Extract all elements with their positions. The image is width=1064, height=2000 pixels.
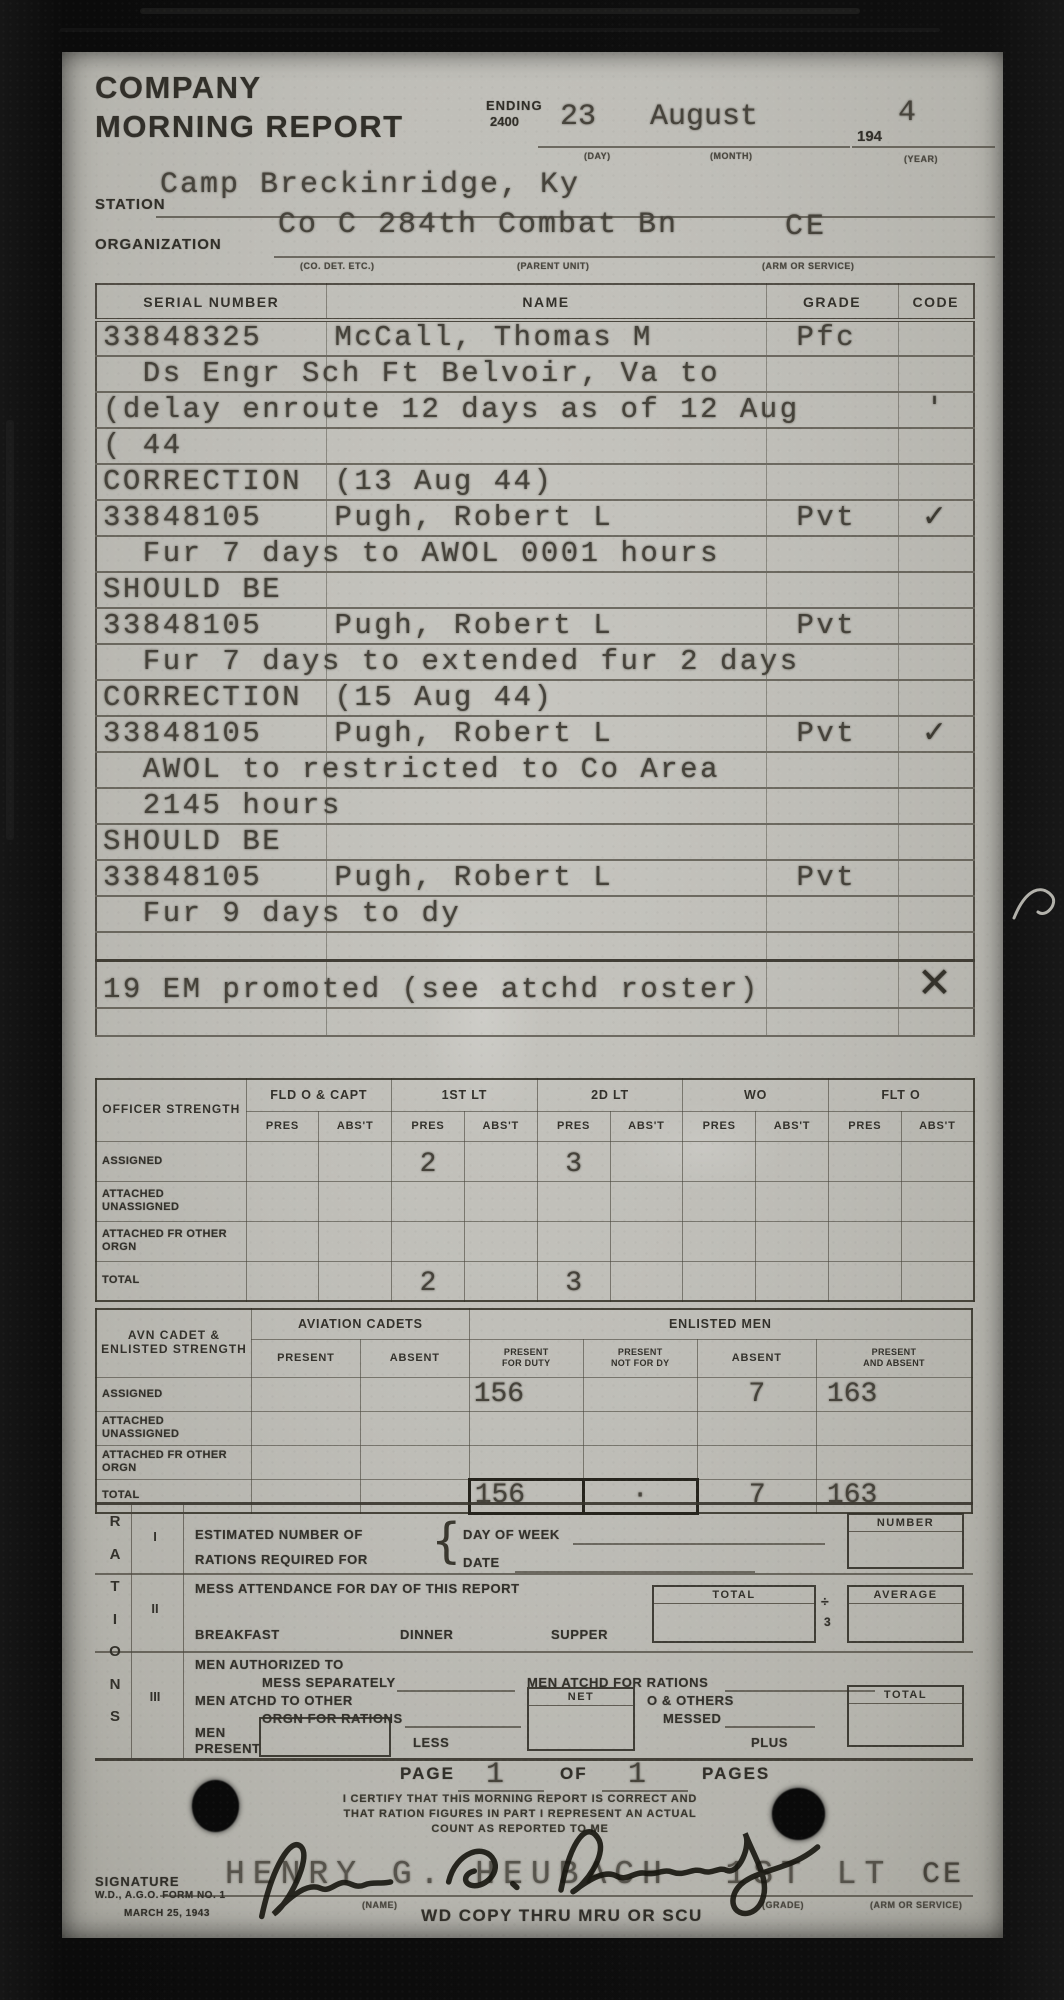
entry-serial: 33848105 xyxy=(96,608,326,644)
station-value: Camp Breckinridge, Ky xyxy=(160,170,580,200)
dinner-label: DINNER xyxy=(400,1627,453,1642)
entry-serial: CORRECTION xyxy=(96,464,326,500)
entry-serial: Fur 9 days to dy xyxy=(96,896,326,932)
rations-divider xyxy=(131,1505,132,1758)
row-label: ATTACHED UNASSIGNED xyxy=(96,1411,251,1445)
day-sublabel: (DAY) xyxy=(584,151,611,161)
row-label: ASSIGNED xyxy=(96,1141,246,1181)
entry-row: SHOULD BE xyxy=(96,824,974,860)
station-label: STATION xyxy=(95,196,166,213)
entry-name xyxy=(326,428,766,464)
entry-grade xyxy=(766,572,898,608)
entry-grade xyxy=(766,788,898,824)
col-name: NAME xyxy=(326,284,766,320)
entry-code-mark xyxy=(898,1008,974,1036)
entry-name: Pugh, Robert L xyxy=(326,500,766,536)
entry-grade: Pvt xyxy=(766,608,898,644)
others-messed-line2: MESSED xyxy=(663,1711,722,1726)
scanned-morning-report: COMPANY MORNING REPORT ENDING 2400 23 Au… xyxy=(0,0,1064,2000)
supper-label: SUPPER xyxy=(551,1627,608,1642)
pres-header: PRES xyxy=(828,1111,901,1141)
enlisted-strength-row: ASSIGNED 156 7 163 xyxy=(96,1377,972,1411)
mess-attendance-label: MESS ATTENDANCE FOR DAY OF THIS REPORT xyxy=(195,1581,520,1596)
abst-header: ABS'T xyxy=(464,1111,537,1141)
ending-label: ENDING xyxy=(486,98,543,113)
entry-name: Pugh, Robert L xyxy=(326,860,766,896)
rations-total-box: TOTAL xyxy=(847,1685,964,1747)
entry-grade xyxy=(766,932,898,960)
report-day-value: 23 xyxy=(560,102,596,132)
entry-row: 33848105 Pugh, Robert L Pvt ✓ xyxy=(96,716,974,752)
entry-code-mark xyxy=(898,932,974,960)
entry-row: CORRECTION (13 Aug 44) xyxy=(96,464,974,500)
entry-code-mark xyxy=(898,752,974,788)
year-typed-value: 4 xyxy=(898,98,916,128)
signature-label: SIGNATURE xyxy=(95,1874,180,1889)
row-label: ATTACHED UNASSIGNED xyxy=(96,1181,246,1221)
entry-serial: SHOULD BE xyxy=(96,572,326,608)
entry-grade xyxy=(766,356,898,392)
entry-name xyxy=(326,932,766,960)
entry-row: AWOL to restricted to Co Area xyxy=(96,752,974,788)
mess-separately-line xyxy=(397,1690,515,1692)
date-line xyxy=(515,1571,755,1573)
entry-grade xyxy=(766,464,898,500)
entry-row: Fur 7 days to extended fur 2 days xyxy=(96,644,974,680)
entry-grade xyxy=(766,824,898,860)
others-messed-line xyxy=(725,1726,815,1728)
arm-sublabel: (ARM OR SERVICE) xyxy=(870,1900,962,1910)
entry-serial xyxy=(96,932,326,960)
men-authorized-line2: MESS SEPARATELY xyxy=(262,1675,396,1690)
col-present-for-duty: PRESENTFOR DUTY xyxy=(469,1339,583,1377)
date-label: DATE xyxy=(463,1555,500,1570)
col-cadets-present: PRESENT xyxy=(251,1339,360,1377)
arm-service-sublabel: (ARM OR SERVICE) xyxy=(762,261,854,271)
officer-strength-table: OFFICER STRENGTH FLD O & CAPT 1ST LT 2D … xyxy=(95,1078,975,1302)
row-label: ATTACHED FR OTHER ORGN xyxy=(96,1445,251,1479)
entry-code-mark xyxy=(898,824,974,860)
entry-grade xyxy=(766,752,898,788)
rations-vertical-letter: I xyxy=(105,1611,125,1628)
entry-row xyxy=(96,1008,974,1036)
group-wo: WO xyxy=(683,1079,829,1111)
entry-code-mark: ' xyxy=(898,392,974,428)
col-present-not-for-duty: PRESENTNOT FOR DY xyxy=(583,1339,697,1377)
entry-code-mark xyxy=(898,572,974,608)
entry-row: 2145 hours xyxy=(96,788,974,824)
page-number: 1 xyxy=(486,1760,504,1790)
entry-row: (delay enroute 12 days as of 12 Aug ' xyxy=(96,392,974,428)
net-box: NET xyxy=(527,1687,635,1751)
entry-serial: 2145 hours xyxy=(96,788,326,824)
form-date: MARCH 25, 1943 xyxy=(124,1908,210,1919)
form-title-line2: MORNING REPORT xyxy=(95,109,404,145)
day-of-week-label: DAY OF WEEK xyxy=(463,1527,560,1542)
entry-grade: Pvt xyxy=(766,716,898,752)
entry-code-mark xyxy=(898,536,974,572)
rations-vertical-letter: A xyxy=(105,1546,125,1563)
estimated-rations-line2: RATIONS REQUIRED FOR xyxy=(195,1552,368,1567)
abst-header: ABS'T xyxy=(319,1111,392,1141)
entry-grade: Pfc xyxy=(766,320,898,356)
entry-serial: Ds Engr Sch Ft Belvoir, Va to xyxy=(96,356,326,392)
entries-header-row: SERIAL NUMBER NAME GRADE CODE xyxy=(96,284,974,320)
number-box: NUMBER xyxy=(847,1513,964,1569)
entry-row: Fur 9 days to dy xyxy=(96,896,974,932)
rations-vertical-letter: R xyxy=(105,1513,125,1530)
group-flt-o: FLT O xyxy=(828,1079,974,1111)
entry-name xyxy=(326,824,766,860)
entry-name: Pugh, Robert L xyxy=(326,716,766,752)
breakfast-label: BREAKFAST xyxy=(195,1627,280,1642)
entry-name: Pugh, Robert L xyxy=(326,608,766,644)
plus-label: PLUS xyxy=(751,1735,788,1750)
of-label: OF xyxy=(560,1764,588,1784)
entry-serial: (delay enroute 12 days as of 12 Aug xyxy=(96,392,326,428)
pres-header: PRES xyxy=(392,1111,465,1141)
entry-serial: CORRECTION xyxy=(96,680,326,716)
rations-vertical-letter: S xyxy=(105,1708,125,1725)
entry-code-mark xyxy=(898,356,974,392)
entries-table: SERIAL NUMBER NAME GRADE CODE 33848325 M… xyxy=(95,283,975,1037)
abst-header: ABS'T xyxy=(610,1111,683,1141)
rations-divider xyxy=(95,1651,973,1653)
entry-code-mark: ✓ xyxy=(898,500,974,536)
entry-code-mark xyxy=(898,680,974,716)
enlisted-strength-table: AVN CADET & ENLISTED STRENGTH AVIATION C… xyxy=(95,1308,973,1515)
signed-arm-service: CE xyxy=(922,1860,964,1890)
entry-serial: 33848105 xyxy=(96,500,326,536)
entry-serial: 33848325 xyxy=(96,320,326,356)
orgn-for-rations-line xyxy=(405,1726,521,1728)
entry-row: 33848325 McCall, Thomas M Pfc xyxy=(96,320,974,356)
entry-serial: AWOL to restricted to Co Area xyxy=(96,752,326,788)
parent-unit-sublabel: (PARENT UNIT) xyxy=(517,261,589,271)
brace: { xyxy=(431,1513,462,1569)
entry-code-mark: ✕ xyxy=(898,960,974,1008)
year-sublabel: (YEAR) xyxy=(904,154,938,164)
group-2d-lt: 2D LT xyxy=(537,1079,683,1111)
film-streak xyxy=(140,8,860,14)
entry-code-mark xyxy=(898,860,974,896)
enlisted-strength-row: ATTACHED FR OTHER ORGN xyxy=(96,1445,972,1479)
entry-code-mark: ✓ xyxy=(898,716,974,752)
officer-strength-row: ASSIGNED 2 3 xyxy=(96,1141,974,1181)
officer-strength-row: ATTACHED UNASSIGNED xyxy=(96,1181,974,1221)
pres-header: PRES xyxy=(537,1111,610,1141)
film-streak xyxy=(60,28,940,32)
entry-name: (13 Aug 44) xyxy=(326,464,766,500)
entry-serial: 19 EM promoted (see atchd roster) xyxy=(96,960,326,1008)
rations-vertical-letter: O xyxy=(105,1643,125,1660)
entry-code-mark xyxy=(898,428,974,464)
entry-row: ( 44 xyxy=(96,428,974,464)
abst-header: ABS'T xyxy=(901,1111,974,1141)
col-grade: GRADE xyxy=(766,284,898,320)
year-underline xyxy=(852,146,995,148)
organization-label: ORGANIZATION xyxy=(95,236,222,253)
entry-row: 33848105 Pugh, Robert L Pvt xyxy=(96,608,974,644)
pres-header: PRES xyxy=(246,1111,319,1141)
rations-vertical-letter: N xyxy=(105,1676,125,1693)
entry-grade xyxy=(766,1008,898,1036)
report-month-value: August xyxy=(650,102,758,132)
organization-sublabel: (CO. DET. ETC.) xyxy=(300,261,375,271)
entry-row: Fur 7 days to AWOL 0001 hours xyxy=(96,536,974,572)
entry-code-mark xyxy=(898,788,974,824)
rations-divider xyxy=(95,1573,973,1575)
group-enlisted-men: ENLISTED MEN xyxy=(469,1309,972,1339)
entry-code-mark xyxy=(898,464,974,500)
estimated-rations-line1: ESTIMATED NUMBER OF xyxy=(195,1527,363,1542)
entry-name xyxy=(326,1008,766,1036)
entry-serial: 33848105 xyxy=(96,860,326,896)
year-printed: 194 xyxy=(857,128,882,145)
rations-divider xyxy=(183,1505,184,1758)
others-messed-line1: O & OTHERS xyxy=(647,1693,734,1708)
date-underline xyxy=(538,146,850,148)
entry-row: 33848105 Pugh, Robert L Pvt xyxy=(96,860,974,896)
col-code: CODE xyxy=(898,284,974,320)
organization-value: Co C 284th Combat Bn xyxy=(278,210,678,240)
row-label: ATTACHED FR OTHER ORGN xyxy=(96,1221,246,1261)
entry-serial xyxy=(96,1008,326,1036)
enlisted-strength-row: ATTACHED UNASSIGNED xyxy=(96,1411,972,1445)
entry-row: 19 EM promoted (see atchd roster) ✕ xyxy=(96,960,974,1008)
officer-strength-row: TOTAL 2 3 xyxy=(96,1261,974,1301)
form-title-line1: COMPANY xyxy=(95,70,262,106)
entry-row: 33848105 Pugh, Robert L Pvt ✓ xyxy=(96,500,974,536)
handwritten-signature xyxy=(210,1776,855,1948)
men-authorized-line1: MEN AUTHORIZED TO xyxy=(195,1657,344,1672)
entry-grade: Pvt xyxy=(766,860,898,896)
entry-grade xyxy=(766,960,898,1008)
col-cadets-absent: ABSENT xyxy=(360,1339,469,1377)
entry-grade: Pvt xyxy=(766,500,898,536)
entry-name: McCall, Thomas M xyxy=(326,320,766,356)
entry-code-mark xyxy=(898,320,974,356)
average-box: AVERAGE xyxy=(847,1585,964,1643)
officer-strength-corner: OFFICER STRENGTH xyxy=(96,1079,246,1141)
arm-service-value: CE xyxy=(785,212,827,242)
men-atchd-other-line1: MEN ATCHD TO OTHER xyxy=(195,1693,353,1708)
entry-grade xyxy=(766,428,898,464)
entry-grade xyxy=(766,680,898,716)
group-aviation-cadets: AVIATION CADETS xyxy=(251,1309,469,1339)
ending-time: 2400 xyxy=(490,114,519,129)
rations-section: RATIONS I II III ESTIMATED NUMBER OF RAT… xyxy=(95,1502,973,1761)
abst-header: ABS'T xyxy=(756,1111,829,1141)
entry-serial: Fur 7 days to extended fur 2 days xyxy=(96,644,326,680)
divide-by: 3 xyxy=(824,1615,831,1629)
officer-strength-row: ATTACHED FR OTHER ORGN xyxy=(96,1221,974,1261)
entry-row: SHOULD BE xyxy=(96,572,974,608)
entry-grade xyxy=(766,536,898,572)
month-sublabel: (MONTH) xyxy=(710,151,753,161)
pres-header: PRES xyxy=(683,1111,756,1141)
enlisted-strength-corner: AVN CADET & ENLISTED STRENGTH xyxy=(96,1309,251,1377)
entry-serial: 33848105 xyxy=(96,716,326,752)
group-fld-o-capt: FLD O & CAPT xyxy=(246,1079,392,1111)
entry-serial: Fur 7 days to AWOL 0001 hours xyxy=(96,536,326,572)
entry-name: (15 Aug 44) xyxy=(326,680,766,716)
day-of-week-line xyxy=(573,1543,825,1545)
entry-row xyxy=(96,932,974,960)
section-numeral-3: III xyxy=(137,1689,173,1704)
col-enlisted-absent: ABSENT xyxy=(697,1339,816,1377)
divide-sign: ÷ xyxy=(821,1593,829,1609)
entry-row: CORRECTION (15 Aug 44) xyxy=(96,680,974,716)
entry-serial: SHOULD BE xyxy=(96,824,326,860)
form-number: W.D., A.G.O. FORM NO. 1 xyxy=(95,1890,226,1901)
men-present-label: MEN PRESENT xyxy=(195,1725,253,1756)
men-present-box xyxy=(259,1717,391,1757)
col-serial-number: SERIAL NUMBER xyxy=(96,284,326,320)
group-1st-lt: 1ST LT xyxy=(392,1079,538,1111)
paper-form: COMPANY MORNING REPORT ENDING 2400 23 Au… xyxy=(62,52,1003,1938)
less-label: LESS xyxy=(413,1735,449,1750)
rations-vertical-letter: T xyxy=(105,1578,125,1595)
entry-serial: ( 44 xyxy=(96,428,326,464)
entry-name xyxy=(326,572,766,608)
col-present-and-absent: PRESENTAND ABSENT xyxy=(816,1339,972,1377)
row-label: TOTAL xyxy=(96,1261,246,1301)
entry-name xyxy=(326,788,766,824)
film-streak xyxy=(6,420,14,840)
scan-artifact xyxy=(1008,878,1060,930)
total-box: TOTAL xyxy=(652,1585,816,1643)
entry-grade xyxy=(766,896,898,932)
entry-code-mark xyxy=(898,644,974,680)
organization-underline xyxy=(274,256,995,258)
page-label: PAGE xyxy=(400,1764,455,1784)
section-numeral-1: I xyxy=(137,1529,173,1544)
entry-row: Ds Engr Sch Ft Belvoir, Va to xyxy=(96,356,974,392)
section-numeral-2: II xyxy=(137,1601,173,1616)
entry-code-mark xyxy=(898,608,974,644)
entry-code-mark xyxy=(898,896,974,932)
row-label: ASSIGNED xyxy=(96,1377,251,1411)
